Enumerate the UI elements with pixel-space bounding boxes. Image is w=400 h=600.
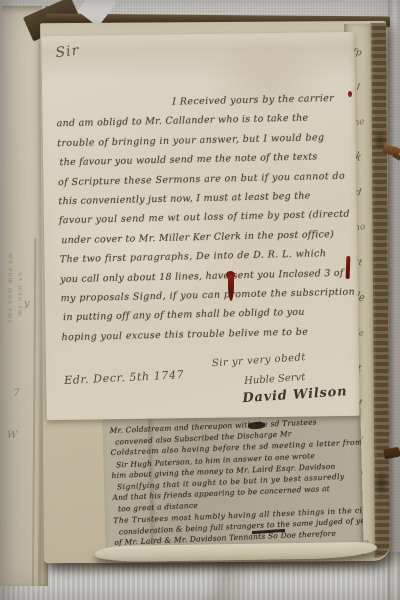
fragment-text-block: Mr. Coldstream and thereupon with the sd… [109, 415, 360, 560]
red-ink-speck [348, 91, 352, 97]
faint-ink-mark: W [7, 430, 17, 441]
fragment-document-page: Mr. Coldstream and thereupon with the sd… [102, 401, 364, 561]
letter-closing-line: Huble Servt [244, 372, 306, 387]
faint-marginalia-text: nmv vnm mnv vm [6, 154, 15, 324]
edge-text-fragment: l [355, 84, 359, 93]
faint-ink-mark: 7 [13, 388, 19, 399]
letter-dateline: Edr. Decr. 5th 1747 [64, 368, 185, 387]
faint-ink-mark: y [24, 298, 30, 309]
page-fold-line [32, 238, 36, 586]
red-ink-streak [346, 256, 351, 279]
letter-salutation: Sir [55, 42, 80, 61]
letter-signature: David Wilson [242, 384, 348, 406]
faint-marginalia-text: mv nvm vn [16, 176, 25, 316]
letter-closing-line: Sir yr very obedt [212, 352, 307, 369]
manuscript-photo: nmv vnm mnv vm mv nvm vn y 7 W fplmekdmo… [0, 0, 400, 600]
letter-body: I Received yours by the carrierand am ob… [56, 89, 354, 348]
cloth-backdrop-right [388, 0, 400, 600]
letter-sheet: Sir I Received yours by the carrierand a… [41, 32, 359, 420]
